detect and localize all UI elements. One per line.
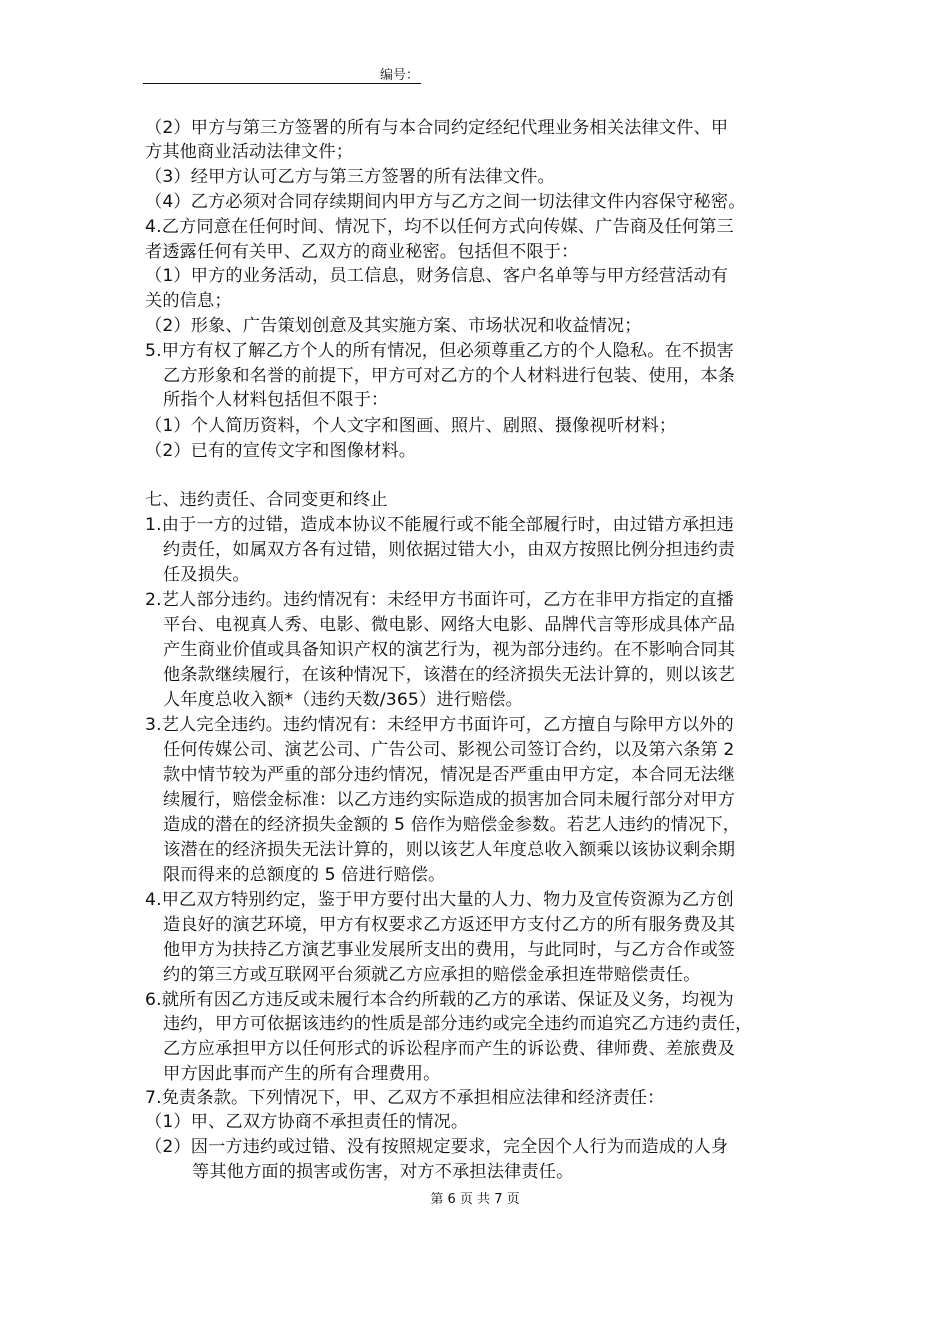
text-line: 他甲方为扶持乙方演艺事业发展所支出的费用，与此同时，与乙方合作或签 — [163, 938, 735, 962]
text-line: 约责任，如属双方各有过错，则依据过错大小，由双方按照比例分担违约责 — [163, 538, 735, 562]
text-line: 乙方应承担甲方以任何形式的诉讼程序而产生的诉讼费、律师费、差旅费及 — [163, 1037, 735, 1061]
text-line: 续履行，赔偿金标准：以乙方违约实际造成的损害加合同未履行部分对甲方 — [163, 788, 735, 812]
text-line: 乙方形象和名誉的前提下，甲方可对乙方的个人材料进行包装、使用，本条 — [163, 364, 735, 388]
text-line: 方其他商业活动法律文件； — [145, 140, 353, 164]
text-line: 平台、电视真人秀、电影、微电影、网络大电影、品牌代言等形成具体产品 — [163, 613, 735, 637]
page-number-footer: 第 6 页 共 7 页 — [0, 1192, 950, 1208]
text-line: 4.乙方同意在任何时间、情况下，均不以任何方式向传媒、广告商及任何第三 — [145, 215, 734, 239]
text-line: 造良好的演艺环境，甲方有权要求乙方返还甲方支付乙方的所有服务费及其 — [163, 913, 735, 937]
text-line: （2）甲方与第三方签署的所有与本合同约定经纪代理业务相关法律文件、甲 — [145, 116, 728, 140]
text-line: 他条款继续履行，在该种情况下，该潜在的经济损失无法计算的，则以该艺 — [163, 663, 735, 687]
text-line: 违约，甲方可依据该违约的性质是部分违约或完全违约而追究乙方违约责任， — [163, 1012, 752, 1036]
document-number-label: 编号： — [380, 68, 419, 83]
text-line: （2）因一方违约或过错、没有按照规定要求，完全因个人行为而造成的人身 — [145, 1135, 728, 1159]
text-line: 6.就所有因乙方违反或未履行本合约所载的乙方的承诺、保证及义务，均视为 — [145, 988, 734, 1012]
text-line: 造成的潜在的经济损失金额的 5 倍作为赔偿金参数。若艺人违约的情况下， — [163, 813, 740, 837]
text-line: 该潜在的经济损失无法计算的，则以该艺人年度总收入额乘以该协议剩余期 — [163, 838, 735, 862]
text-line: 甲方因此事而产生的所有合理费用。 — [163, 1062, 440, 1086]
text-line: （1）甲方的业务活动，员工信息，财务信息、客户名单等与甲方经营活动有 — [145, 264, 728, 288]
text-line: （1）个人简历资料，个人文字和图画、照片、剧照、摄像视听材料； — [145, 414, 676, 438]
text-line: （4）乙方必须对合同存续期间内甲方与乙方之间一切法律文件内容保守秘密。 — [145, 190, 746, 214]
text-line: 七、违约责任、合同变更和终止 — [145, 488, 388, 512]
text-line: 等其他方面的损害或伤害，对方不承担法律责任。 — [192, 1160, 573, 1184]
text-line: （2）形象、广告策划创意及其实施方案、市场状况和收益情况； — [145, 314, 642, 338]
text-line: 限而得来的总额度的 5 倍进行赔偿。 — [163, 863, 445, 887]
text-line: 关的信息； — [145, 289, 232, 313]
document-page: 编号： （2）甲方与第三方签署的所有与本合同约定经纪代理业务相关法律文件、甲方其… — [0, 0, 950, 1344]
text-line: 5.甲方有权了解乙方个人的所有情况，但必须尊重乙方的个人隐私。在不损害 — [145, 339, 734, 363]
text-line: 约的第三方或互联网平台须就乙方应承担的赔偿金承担连带赔偿责任。 — [163, 963, 700, 987]
text-line: 2.艺人部分违约。违约情况有：未经甲方书面许可，乙方在非甲方指定的直播 — [145, 588, 734, 612]
text-line: 者透露任何有关甲、乙双方的商业秘密。包括但不限于： — [145, 240, 578, 264]
document-header: 编号： — [143, 66, 421, 84]
text-line: 产生商业价值或具备知识产权的演艺行为，视为部分违约。在不影响合同其 — [163, 638, 735, 662]
text-line: 款中情节较为严重的部分违约情况，情况是否严重由甲方定，本合同无法继 — [163, 763, 735, 787]
text-line: （3）经甲方认可乙方与第三方签署的所有法律文件。 — [145, 165, 555, 189]
text-line: 7.免责条款。下列情况下，甲、乙双方不承担相应法律和经济责任： — [145, 1086, 665, 1110]
text-line: 任及损失。 — [163, 563, 250, 587]
text-line: 任何传媒公司、演艺公司、广告公司、影视公司签订合约，以及第六条第 2 — [163, 738, 735, 762]
text-line: （1）甲、乙双方协商不承担责任的情况。 — [145, 1110, 468, 1134]
text-line: 1.由于一方的过错，造成本协议不能履行或不能全部履行时，由过错方承担违 — [145, 513, 734, 537]
text-line: 所指个人材料包括但不限于： — [163, 388, 388, 412]
text-line: 3.艺人完全违约。违约情况有：未经甲方书面许可，乙方擅自与除甲方以外的 — [145, 713, 734, 737]
text-line: 4.甲乙双方特别约定，鉴于甲方要付出大量的人力、物力及宣传资源为乙方创 — [145, 888, 734, 912]
text-line: 人年度总收入额*（违约天数/365）进行赔偿。 — [163, 688, 523, 712]
text-line: （2）已有的宣传文字和图像材料。 — [145, 439, 416, 463]
